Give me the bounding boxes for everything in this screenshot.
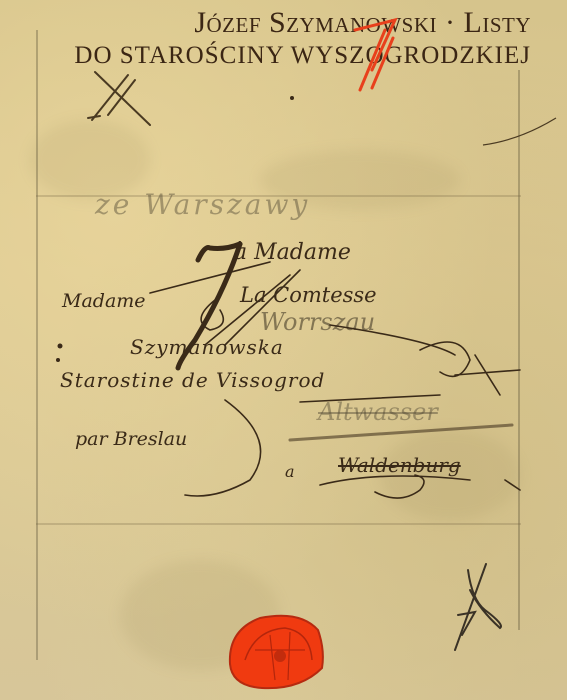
- handwriting-par-breslau: par Breslau: [75, 428, 187, 450]
- book-title: Józef Szymanowski · Listy DO STAROŚCINY …: [74, 6, 531, 71]
- fold-line-left: [36, 30, 38, 660]
- handwriting-a-madame: à Madame: [234, 240, 351, 265]
- fold-line-bottom: [36, 523, 521, 525]
- handwriting-faded-line: ze Warszawy: [95, 188, 310, 221]
- book-cover: Józef Szymanowski · Listy DO STAROŚCINY …: [0, 0, 567, 700]
- handwriting-la-comtesse: La Comtesse: [240, 283, 377, 307]
- handwriting-szymanowska: Szymanowska: [130, 335, 284, 359]
- signature-mark-icon: [455, 564, 501, 650]
- x-mark-icon: [88, 72, 150, 125]
- handwriting-a: a: [285, 462, 295, 481]
- handwriting-city: Worrszau: [260, 308, 375, 336]
- title-subtitle-line: DO STAROŚCINY WYSZOGRODZKIEJ: [74, 41, 531, 71]
- handwriting-starostine: Starostine de Vissogrod: [60, 368, 325, 392]
- handwriting-waldenburg: Waldenburg: [338, 453, 461, 477]
- handwriting-altwasser: Altwasser: [318, 398, 438, 426]
- title-author-line: Józef Szymanowski · Listy: [74, 6, 531, 40]
- handwriting-madame: Madame: [62, 290, 146, 312]
- paper-stain: [120, 560, 280, 670]
- fold-line-right: [518, 70, 520, 630]
